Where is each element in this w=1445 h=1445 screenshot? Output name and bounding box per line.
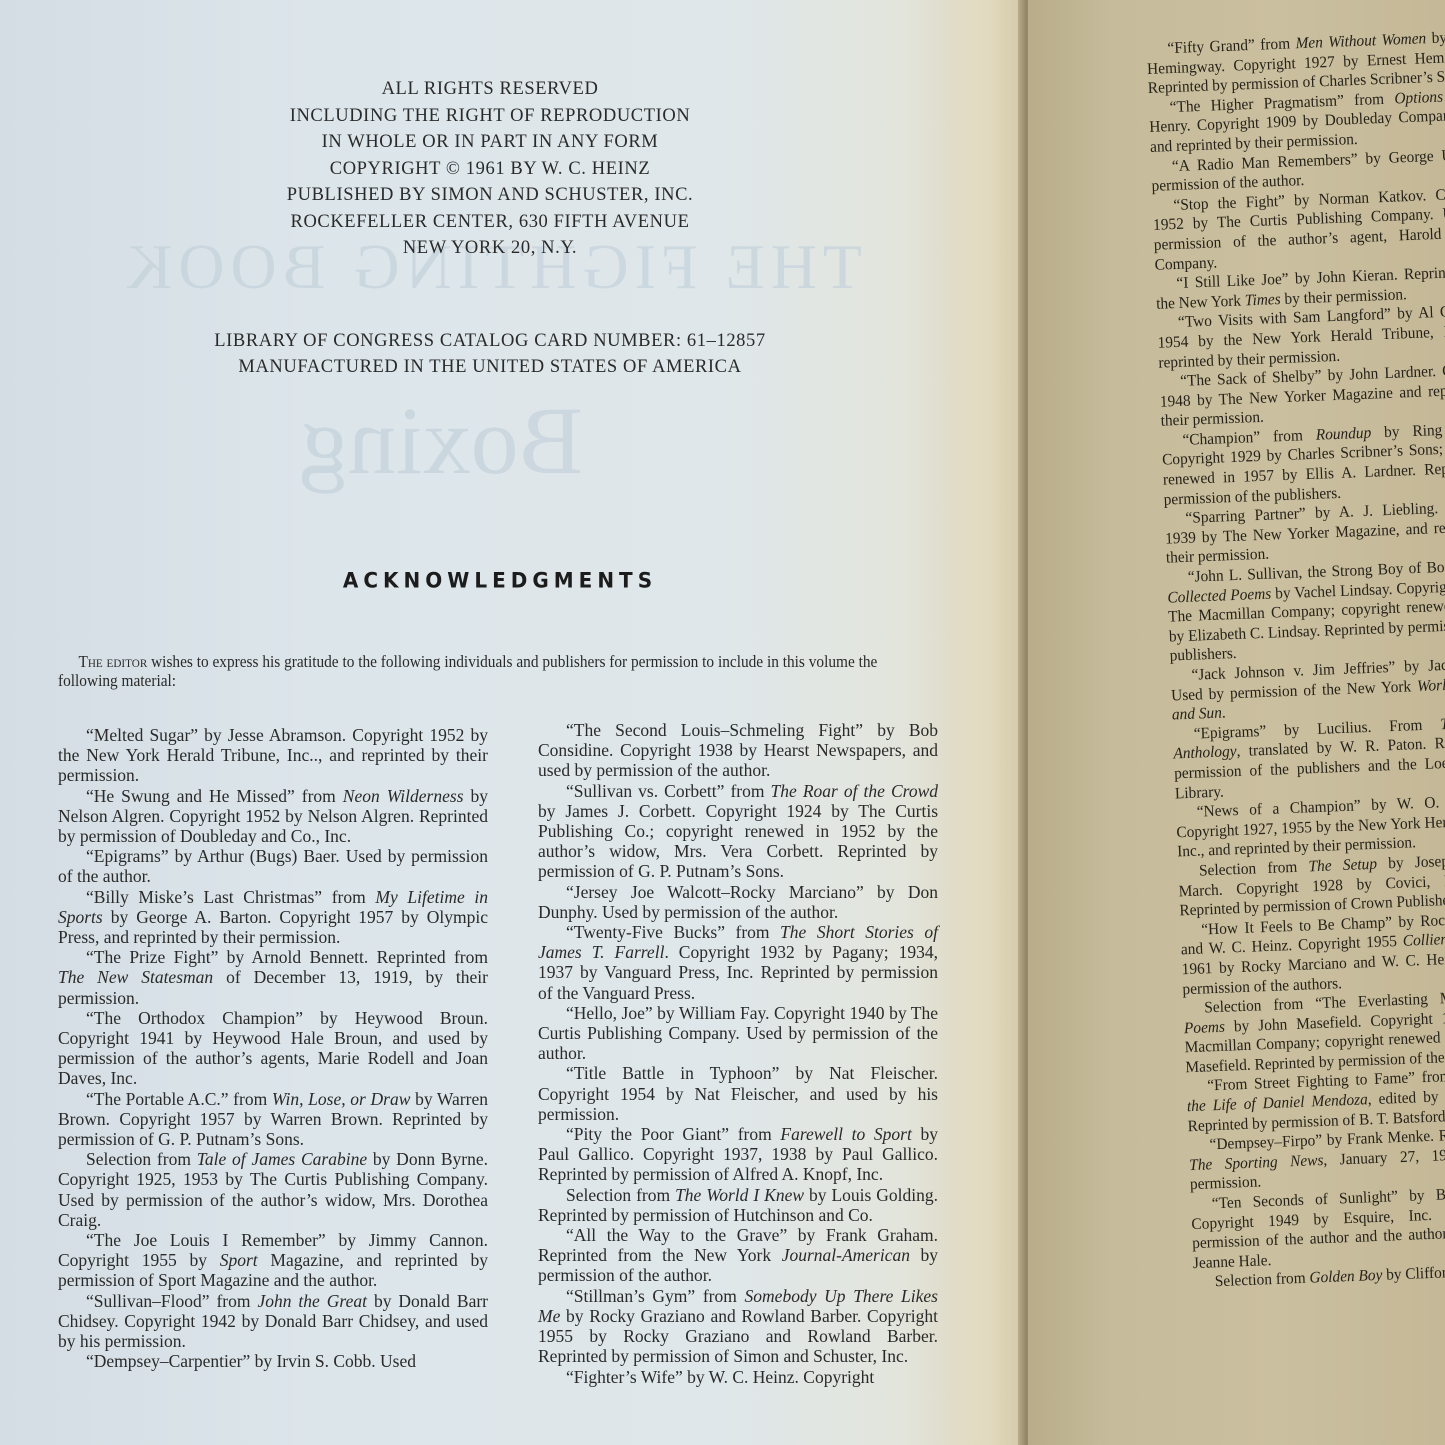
- acknowledgment-entry: “Billy Miske’s Last Christmas” from My L…: [58, 887, 488, 948]
- copyright-line: IN WHOLE OR IN PART IN ANY FORM: [170, 129, 810, 156]
- acknowledgments-intro: The editor wishes to express his gratitu…: [58, 652, 938, 690]
- acknowledgment-entry: “The Higher Pragmatism” from Options by …: [1148, 85, 1445, 157]
- acknowledgment-entry: “Epigrams” by Arthur (Bugs) Baer. Used b…: [58, 846, 488, 886]
- acknowledgment-entry: “Sullivan–Flood” from John the Great by …: [58, 1291, 488, 1352]
- acknowledgment-entry: “Epigrams” by Lucilius. From The Greek A…: [1172, 712, 1445, 804]
- acknowledgment-entry: “Jersey Joe Walcott–Rocky Marciano” by D…: [538, 882, 938, 922]
- acknowledgment-entry: “Fighter’s Wife” by W. C. Heinz. Copyrig…: [538, 1367, 938, 1387]
- acknowledgments-column-2: “The Second Louis–Schmeling Fight” by Bo…: [538, 720, 938, 1387]
- acknowledgment-entry: “Title Battle in Typhoon” by Nat Fleisch…: [538, 1063, 938, 1124]
- acknowledgment-entry: “The Sack of Shelby” by John Lardner. Co…: [1159, 360, 1445, 432]
- acknowledgment-entry: “Pity the Poor Giant” from Farewell to S…: [538, 1124, 938, 1185]
- acknowledgment-entry: “Sparring Partner” by A. J. Liebling. Co…: [1164, 497, 1445, 569]
- copyright-line: ALL RIGHTS RESERVED: [170, 76, 810, 103]
- acknowledgment-entry: “Dempsey–Firpo” by Frank Menke. Reprinte…: [1188, 1123, 1445, 1195]
- book-spread: THE FIGHTING BOOK Boxing ALL RIGHTS RESE…: [0, 0, 1445, 1445]
- copyright-line: NEW YORK 20, N.Y.: [170, 235, 810, 262]
- acknowledgment-entry: “Ten Seconds of Sunlight” by Barney Nagl…: [1190, 1182, 1445, 1274]
- copyright-line: INCLUDING THE RIGHT OF REPRODUCTION: [170, 103, 810, 130]
- right-page: “Fifty Grand” from Men Without Women by …: [1028, 0, 1445, 1445]
- acknowledgments-column-3: “Fifty Grand” from Men Without Women by …: [1146, 27, 1445, 1293]
- left-page: THE FIGHTING BOOK Boxing ALL RIGHTS RESE…: [0, 0, 1025, 1445]
- acknowledgment-entry: “Twenty-Five Bucks” from The Short Stori…: [538, 922, 938, 1003]
- intro-lead: The editor: [78, 652, 147, 671]
- acknowledgment-entry: “Champion” from Roundup by Ring Lardner.…: [1161, 418, 1445, 510]
- acknowledgment-entry: “Hello, Joe” by William Fay. Copyright 1…: [538, 1003, 938, 1064]
- acknowledgment-entry: “Two Visits with Sam Langford” by Al Cop…: [1157, 301, 1445, 373]
- acknowledgment-entry: Selection from The World I Knew by Louis…: [538, 1185, 938, 1225]
- acknowledgment-entry: “The Portable A.C.” from Win, Lose, or D…: [58, 1089, 488, 1150]
- intro-text: wishes to express his gratitude to the f…: [58, 652, 877, 690]
- acknowledgment-entry: “John L. Sullivan, the Strong Boy of Bos…: [1166, 555, 1445, 666]
- acknowledgments-heading: ACKNOWLEDGMENTS: [290, 567, 710, 592]
- acknowledgment-entry: “Fifty Grand” from Men Without Women by …: [1146, 27, 1445, 99]
- copyright-line: COPYRIGHT © 1961 BY W. C. HEINZ: [170, 156, 810, 183]
- acknowledgment-entry: “All the Way to the Grave” by Frank Grah…: [538, 1225, 938, 1286]
- acknowledgment-entry: “Stillman’s Gym” from Somebody Up There …: [538, 1286, 938, 1367]
- acknowledgment-entry: “Dempsey–Carpentier” by Irvin S. Cobb. U…: [58, 1351, 488, 1371]
- acknowledgment-entry: Selection from The Setup by Joseph Moncu…: [1178, 849, 1445, 921]
- manufactured-line: MANUFACTURED IN THE UNITED STATES OF AME…: [150, 354, 830, 380]
- acknowledgment-entry: “The Joe Louis I Remember” by Jimmy Cann…: [58, 1230, 488, 1291]
- acknowledgment-entry: “How It Feels to Be Champ” by Rocky Marc…: [1180, 908, 1445, 1000]
- acknowledgment-entry: “Jack Johnson v. Jim Jeffries” by Jack L…: [1170, 653, 1445, 725]
- acknowledgment-entry: “The Orthodox Champion” by Heywood Broun…: [58, 1008, 488, 1089]
- acknowledgment-entry: “Sullivan vs. Corbett” from The Roar of …: [538, 781, 938, 882]
- acknowledgment-entry: Selection from “The Everlasting Mercy” f…: [1183, 986, 1445, 1078]
- acknowledgment-entry: “News of a Champion” by W. O. McGeehan. …: [1175, 790, 1445, 862]
- catalog-info: LIBRARY OF CONGRESS CATALOG CARD NUMBER:…: [150, 328, 830, 380]
- copyright-line: PUBLISHED BY SIMON AND SCHUSTER, INC.: [170, 182, 810, 209]
- acknowledgment-entry: “The Second Louis–Schmeling Fight” by Bo…: [538, 720, 938, 781]
- acknowledgment-entry: “From Street Fighting to Fame” from Memo…: [1186, 1064, 1445, 1136]
- acknowledgment-entry: “Stop the Fight” by Norman Katkov. Copyr…: [1152, 183, 1445, 275]
- acknowledgment-entry: Selection from Tale of James Carabine by…: [58, 1149, 488, 1230]
- acknowledgment-entry: “He Swung and He Missed” from Neon Wilde…: [58, 786, 488, 847]
- bleed-through-subtitle: Boxing: [300, 385, 583, 496]
- acknowledgments-column-1: “Melted Sugar” by Jesse Abramson. Copyri…: [58, 725, 488, 1372]
- acknowledgment-entry: “Melted Sugar” by Jesse Abramson. Copyri…: [58, 725, 488, 786]
- catalog-number: LIBRARY OF CONGRESS CATALOG CARD NUMBER:…: [150, 328, 830, 354]
- acknowledgment-entry: “The Prize Fight” by Arnold Bennett. Rep…: [58, 947, 488, 1008]
- copyright-notice: ALL RIGHTS RESERVED INCLUDING THE RIGHT …: [170, 76, 810, 262]
- copyright-line: ROCKEFELLER CENTER, 630 FIFTH AVENUE: [170, 209, 810, 236]
